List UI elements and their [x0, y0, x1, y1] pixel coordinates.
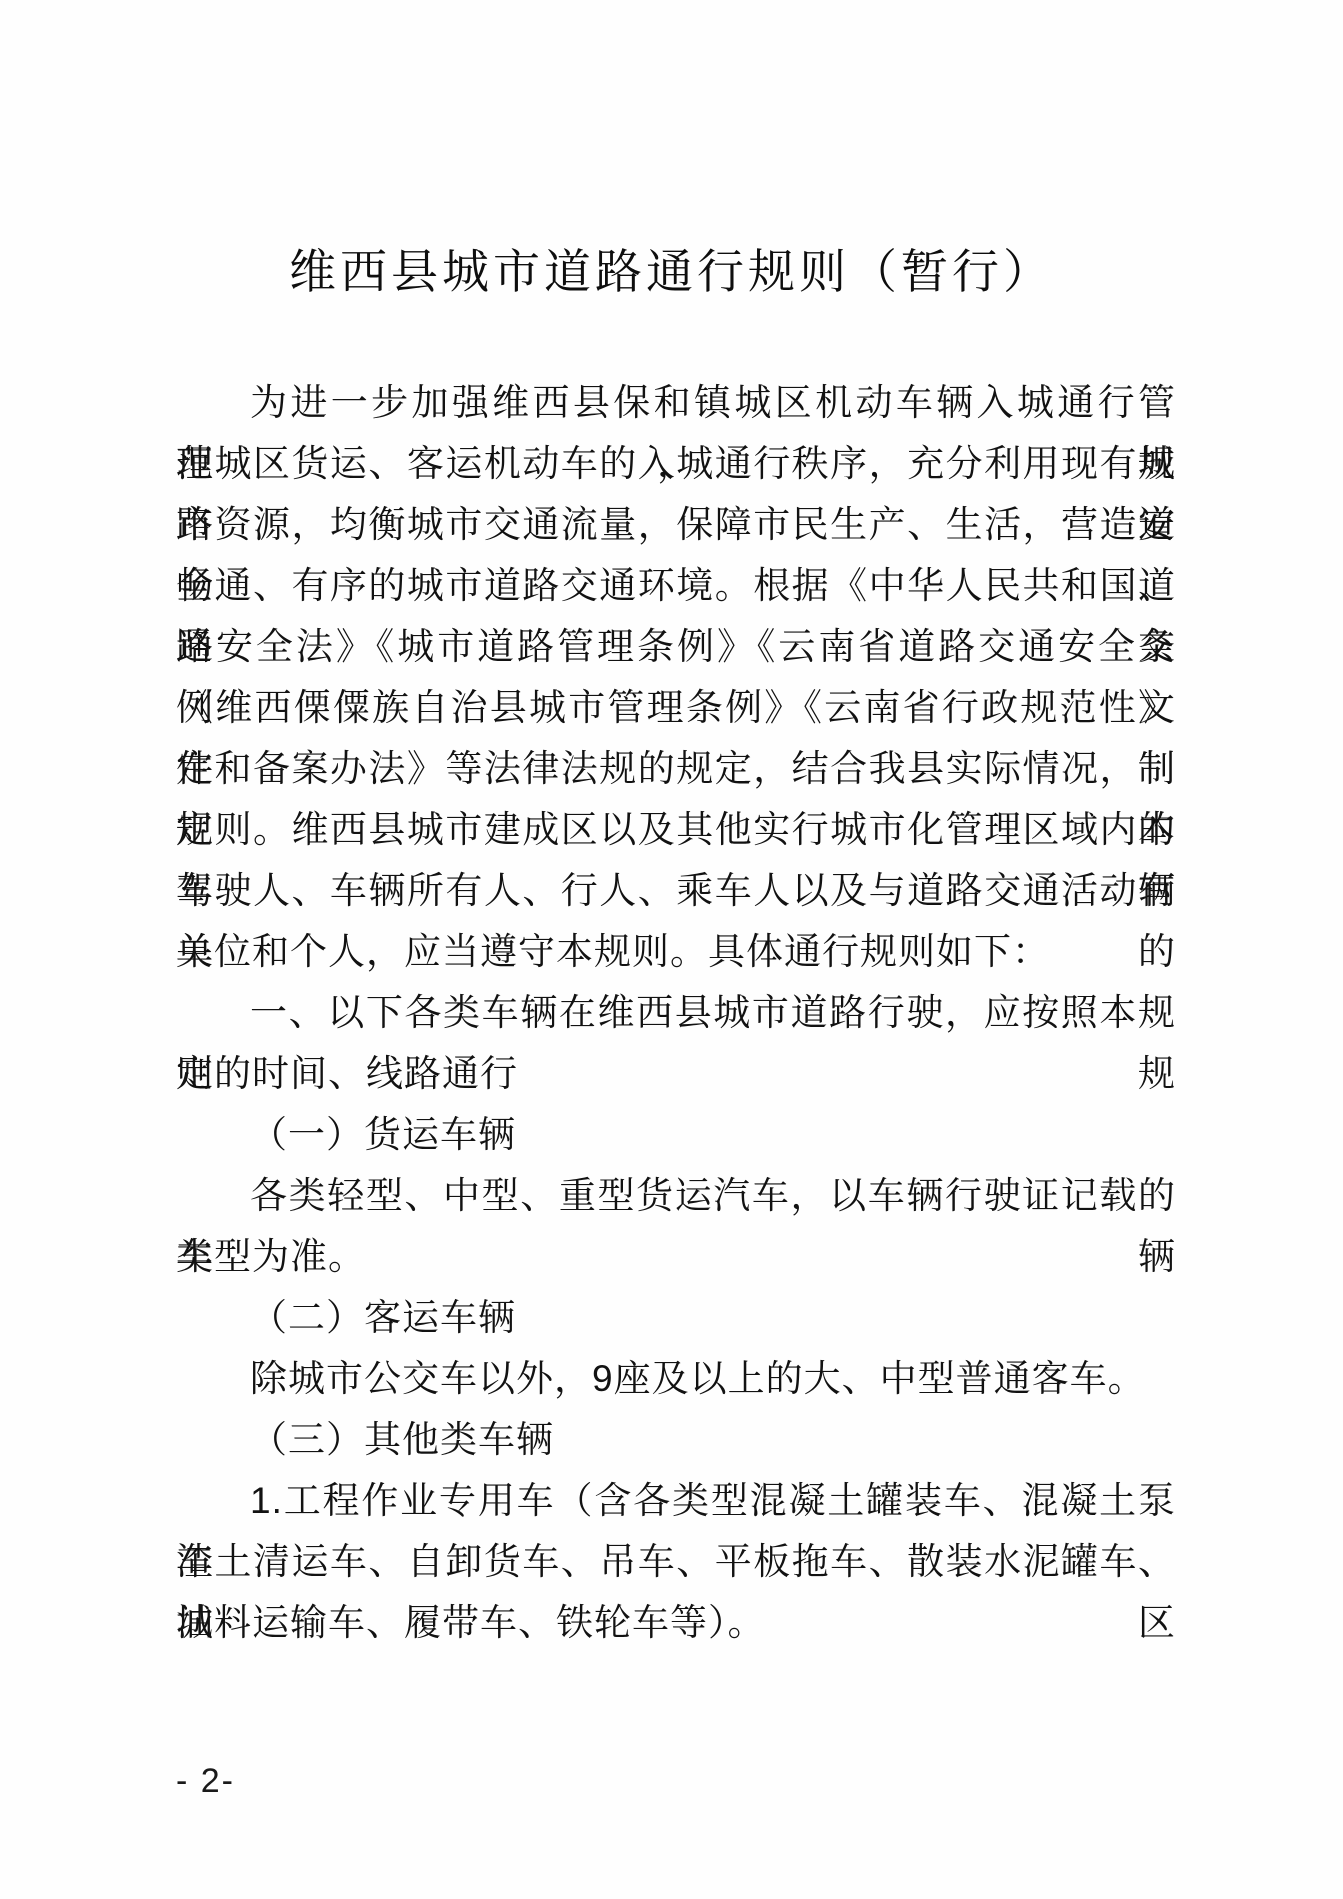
body-line: 定和备案办法》等法律法规的规定，结合我县实际情况，制定本	[176, 738, 1176, 799]
body-line: 1.工程作业专用车（含各类型混凝土罐装车、混凝土泵车、	[176, 1470, 1176, 1531]
page-number: - 2-	[176, 1762, 235, 1801]
body-line: （二）客运车辆	[176, 1287, 1176, 1348]
body-line: 范城区货运、客运机动车的入城通行秩序，充分利用现有城市道	[176, 433, 1176, 494]
body-line: 驾驶人、车辆所有人、行人、乘车人以及与道路交通活动有关的	[176, 860, 1176, 921]
body-line: 《维西傈僳族自治县城市管理条例》《云南省行政规范性文件制	[176, 677, 1176, 738]
body-line: 单位和个人，应当遵守本规则。具体通行规则如下：	[176, 921, 1176, 982]
document-page: 维西县城市道路通行规则（暂行） 为进一步加强维西县保和镇城区机动车辆入城通行管理…	[0, 0, 1343, 1899]
document-title: 维西县城市道路通行规则（暂行）	[0, 236, 1343, 308]
body-line: （三）其他类车辆	[176, 1409, 1176, 1470]
body-line: 渣土清运车、自卸货车、吊车、平板拖车、散装水泥罐车、城区	[176, 1531, 1176, 1592]
body-line: 除城市公交车以外，9座及以上的大、中型普通客车。	[176, 1348, 1176, 1409]
body-line: 规则。维西县城市建成区以及其他实行城市化管理区域内的车辆	[176, 799, 1176, 860]
body-line: （一）货运车辆	[176, 1104, 1176, 1165]
body-line: 路资源，均衡城市交通流量，保障市民生产、生活，营造安全、	[176, 494, 1176, 555]
body-line: 为进一步加强维西县保和镇城区机动车辆入城通行管理，规	[176, 372, 1176, 433]
body-line: 一、以下各类车辆在维西县城市道路行驶，应按照本规则规	[176, 982, 1176, 1043]
body-line: 畅通、有序的城市道路交通环境。根据《中华人民共和国道路交	[176, 555, 1176, 616]
body-line: 通安全法》《城市道路管理条例》《云南省道路交通安全条例》	[176, 616, 1176, 677]
body-line: 各类轻型、中型、重型货运汽车，以车辆行驶证记载的车辆	[176, 1165, 1176, 1226]
document-body: 为进一步加强维西县保和镇城区机动车辆入城通行管理，规范城区货运、客运机动车的入城…	[176, 372, 1176, 1653]
